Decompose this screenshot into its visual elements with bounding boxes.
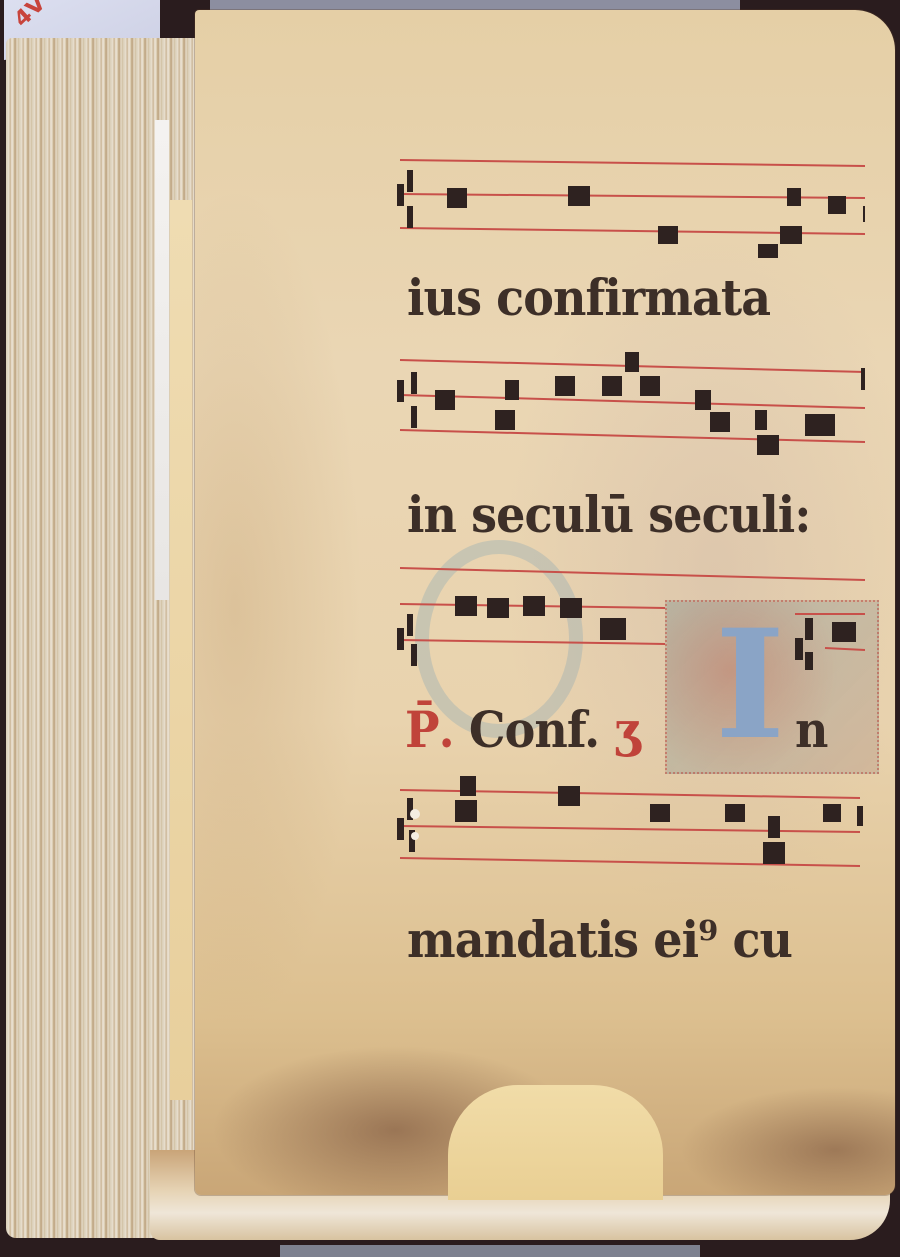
c-clef-icon bbox=[397, 184, 404, 206]
lyric-after-initial: n bbox=[795, 700, 828, 759]
page-insert-yellow bbox=[170, 200, 192, 1100]
label-mark: 4V bbox=[10, 0, 51, 32]
page-insert-white bbox=[155, 120, 169, 600]
manuscript-photo: 4V I ius confirmata bbox=[0, 0, 900, 1257]
lyric-line-1: ius confirmata bbox=[407, 268, 770, 327]
c-clef-icon bbox=[397, 628, 404, 650]
lyric-line-4: mandatis ei⁹ cu bbox=[407, 910, 792, 969]
lyric-line-2: in seculū seculi: bbox=[407, 485, 810, 544]
rubric-psalm-abbrev: P̄. bbox=[405, 700, 454, 759]
c-clef-icon bbox=[397, 380, 404, 402]
c-clef-icon bbox=[397, 818, 404, 840]
staff-system-3 bbox=[395, 560, 865, 670]
leaf-tab-cutout bbox=[448, 1085, 663, 1200]
staff-system-4 bbox=[395, 770, 865, 880]
staff-system-2 bbox=[395, 350, 865, 460]
support-strip-bottom bbox=[280, 1245, 700, 1257]
lyric-line-3: P̄. Conf. ʒ bbox=[405, 700, 640, 759]
lyric-conf: Conf. bbox=[469, 700, 599, 759]
rubric-mark: ʒ bbox=[614, 700, 639, 759]
staff-system-1 bbox=[395, 148, 865, 258]
